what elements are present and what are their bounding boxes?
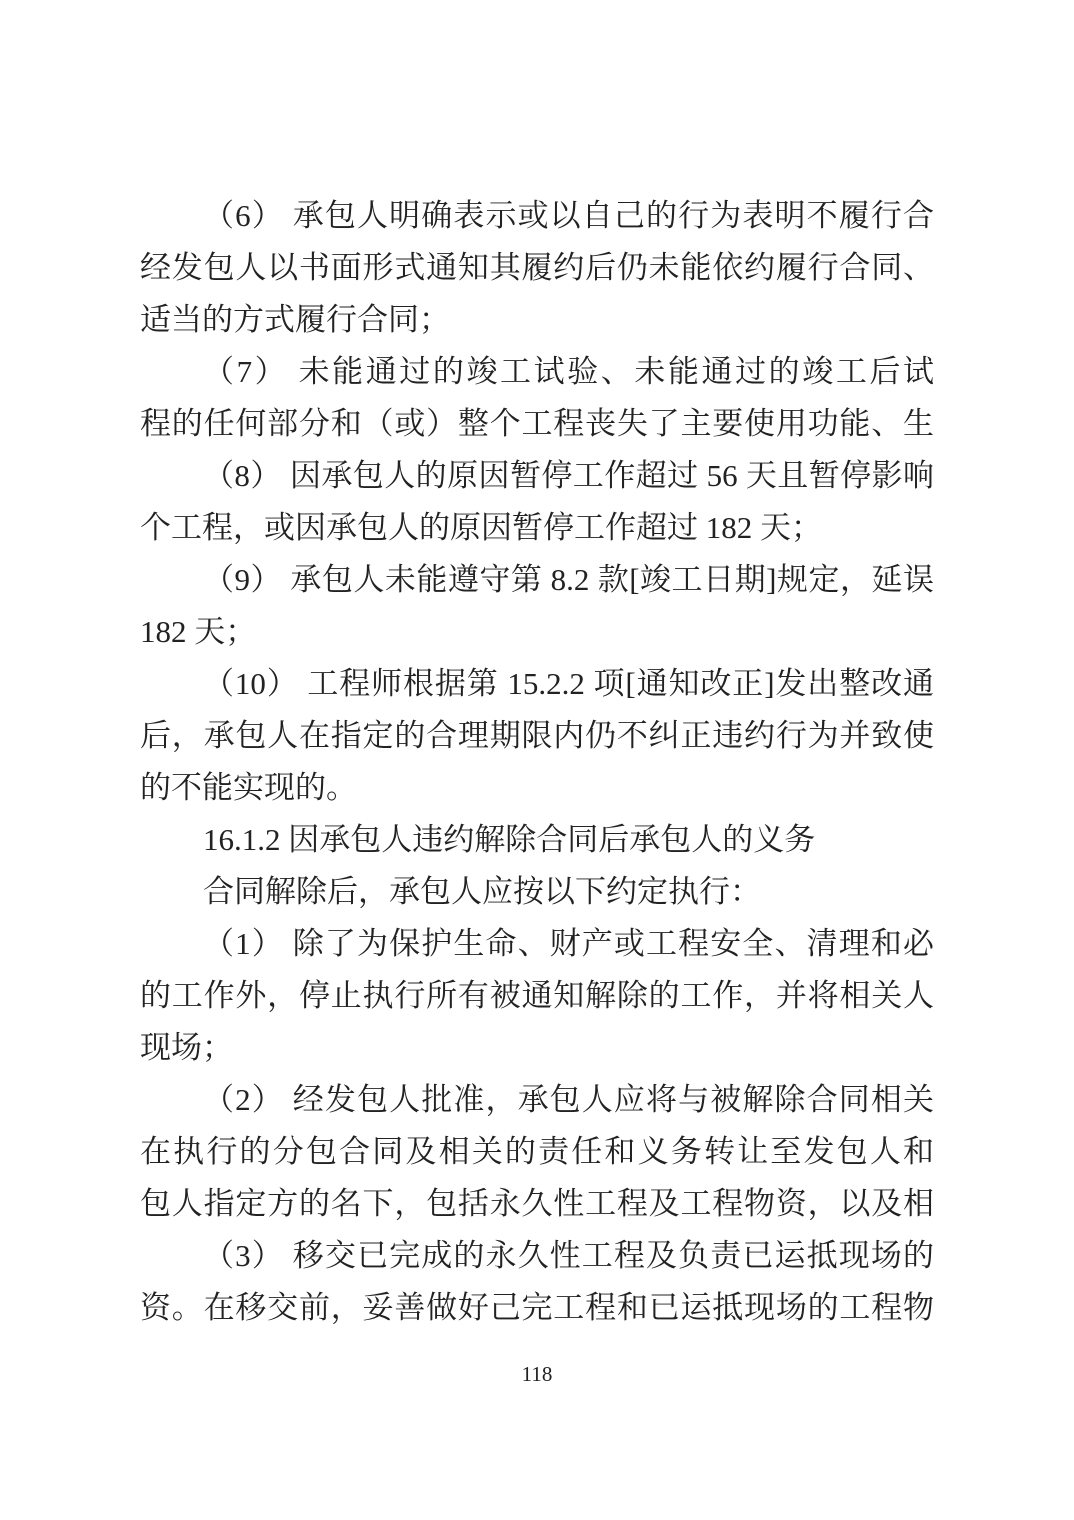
section-heading-16-1-2: 16.1.2 因承包人违约解除合同后承包人的义务	[140, 814, 934, 866]
text-line: 资。在移交前，妥善做好己完工程和已运抵现场的工程物资的保	[140, 1282, 934, 1334]
text-line: 个工程，或因承包人的原因暂停工作超过 182 天；	[140, 502, 934, 554]
clause-9: （9） 承包人未能遵守第 8.2 款[竣工日期]规定，延误超过 182 天；	[140, 554, 934, 658]
text-line: （7） 未能通过的竣工试验、未能通过的竣工后试验，使工	[140, 346, 934, 398]
document-body: （6） 承包人明确表示或以自己的行为表明不履行合同、或 经发包人以书面形式通知其…	[140, 190, 934, 1334]
item-3: （3） 移交已完成的永久性工程及负责已运抵现场的工程物 资。在移交前，妥善做好己…	[140, 1230, 934, 1334]
text-line: （10） 工程师根据第 15.2.2 项[通知改正]发出整改通知	[140, 658, 934, 710]
text-line: 182 天；	[140, 606, 934, 658]
item-2: （2） 经发包人批准，承包人应将与被解除合同相关的和正 在执行的分包合同及相关的…	[140, 1074, 934, 1230]
text-line: 后，承包人在指定的合理期限内仍不纠正违约行为并致使合同目	[140, 710, 934, 762]
clause-8: （8） 因承包人的原因暂停工作超过 56 天且暂停影响到整 个工程，或因承包人的…	[140, 450, 934, 554]
intro-sentence: 合同解除后，承包人应按以下约定执行：	[140, 866, 934, 918]
text-line: 包人指定方的名下，包括永久性工程及工程物资，以及相关工作；	[140, 1178, 934, 1230]
text-line: （9） 承包人未能遵守第 8.2 款[竣工日期]规定，延误超过	[140, 554, 934, 606]
page-number: 118	[522, 1362, 553, 1386]
text-line: 现场；	[140, 1022, 934, 1074]
text-line: （6） 承包人明确表示或以自己的行为表明不履行合同、或	[140, 190, 934, 242]
document-page: （6） 承包人明确表示或以自己的行为表明不履行合同、或 经发包人以书面形式通知其…	[0, 0, 1074, 1520]
item-1: （1） 除了为保护生命、财产或工程安全、清理和必须执行 的工作外，停止执行所有被…	[140, 918, 934, 1074]
page-footer: 118	[0, 1362, 1074, 1387]
text-line: 经发包人以书面形式通知其履约后仍未能依约履行合同、或以不	[140, 242, 934, 294]
section-heading-text: 16.1.2 因承包人违约解除合同后承包人的义务	[140, 814, 934, 866]
text-line: （8） 因承包人的原因暂停工作超过 56 天且暂停影响到整	[140, 450, 934, 502]
text-line: 程的任何部分和（或）整个工程丧失了主要使用功能、生产功能；	[140, 398, 934, 450]
text-line: （1） 除了为保护生命、财产或工程安全、清理和必须执行	[140, 918, 934, 970]
text-line: 的工作外，停止执行所有被通知解除的工作，并将相关人员撤离	[140, 970, 934, 1022]
text-line: 在执行的分包合同及相关的责任和义务转让至发包人和（或）发	[140, 1126, 934, 1178]
clause-6: （6） 承包人明确表示或以自己的行为表明不履行合同、或 经发包人以书面形式通知其…	[140, 190, 934, 346]
text-line: （2） 经发包人批准，承包人应将与被解除合同相关的和正	[140, 1074, 934, 1126]
text-line: 的不能实现的。	[140, 762, 934, 814]
clause-7: （7） 未能通过的竣工试验、未能通过的竣工后试验，使工 程的任何部分和（或）整个…	[140, 346, 934, 450]
clause-10: （10） 工程师根据第 15.2.2 项[通知改正]发出整改通知 后，承包人在指…	[140, 658, 934, 814]
text-line: 适当的方式履行合同；	[140, 294, 934, 346]
text-line: 合同解除后，承包人应按以下约定执行：	[140, 866, 934, 918]
text-line: （3） 移交已完成的永久性工程及负责已运抵现场的工程物	[140, 1230, 934, 1282]
